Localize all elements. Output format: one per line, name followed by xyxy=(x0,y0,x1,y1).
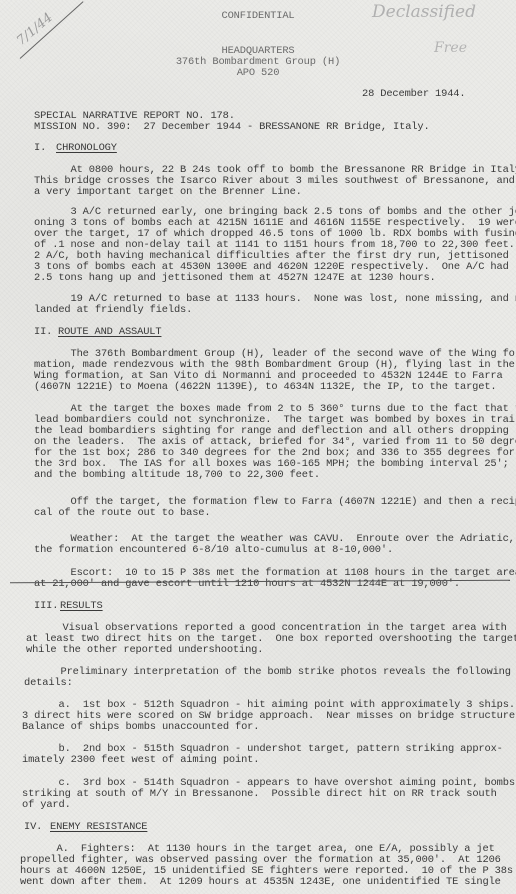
section-3-number: III. xyxy=(34,601,58,612)
results-b-l2: imately 2300 feet west of aiming point. xyxy=(22,755,259,766)
results-a-l3: Balance of ships bombs unaccounted for. xyxy=(22,722,259,733)
results-p2-l2: details: xyxy=(24,678,73,689)
section-2-number: II. xyxy=(34,327,52,338)
section-3-heading: RESULTS xyxy=(60,601,103,612)
report-date: 28 December 1944. xyxy=(362,89,465,100)
enemy-p1-l4: went down after them. At 1209 hours at 4… xyxy=(20,877,501,888)
classification-label: CONFIDENTIAL xyxy=(0,11,516,22)
results-c-l2: striking at south of M/Y in Bressanone. … xyxy=(22,789,497,800)
route-p3-l2: cal of the route out to base. xyxy=(34,508,210,519)
section-1-heading: CHRONOLOGY xyxy=(56,143,117,154)
results-p2-l1: Preliminary interpretation of the bomb s… xyxy=(24,667,511,678)
section-1-number: I. xyxy=(34,143,46,154)
weather-l2: the formation encountered 6-8/10 alto-cu… xyxy=(34,545,393,556)
section-4-number: IV. xyxy=(24,822,42,833)
chronology-p1-l3: a very important target on the Brenner L… xyxy=(34,187,302,198)
document-page: 7/1/44 Declassified Free CONFIDENTIAL HE… xyxy=(0,0,516,894)
results-c-l3: of yard. xyxy=(22,800,71,811)
route-p2-l7: and the bombing altitude 18,700 to 22,30… xyxy=(34,470,320,481)
results-p1-l3: while the other reported undershooting. xyxy=(26,645,263,656)
section-2-heading: ROUTE AND ASSAULT xyxy=(58,327,161,338)
section-4-heading: ENEMY RESISTANCE xyxy=(50,822,147,833)
route-p1-l4: (4607N 1221E) to Moena (4622N 1139E), to… xyxy=(34,382,497,393)
mission-line: MISSION NO. 390: 27 December 1944 - BRES… xyxy=(34,122,430,133)
chronology-p2-l7: 2.5 tons hang up and jettisoned them at … xyxy=(34,273,436,284)
org-apo: APO 520 xyxy=(0,68,516,79)
chronology-p3-l2: landed at friendly fields. xyxy=(34,305,192,316)
